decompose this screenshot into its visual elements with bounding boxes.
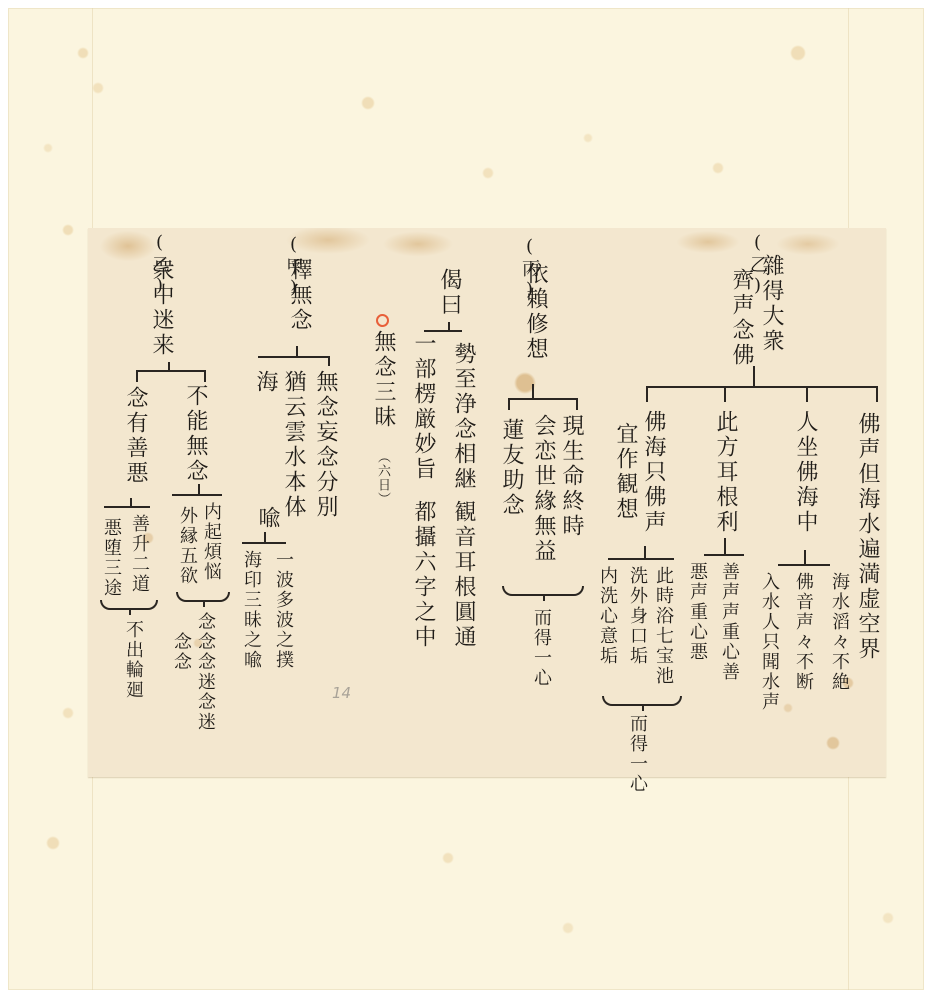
brace xyxy=(176,592,230,602)
branch-tick xyxy=(136,370,138,382)
verse-line: 勢至浄念相継 xyxy=(452,342,474,492)
sub-text: 入水人只聞水声 xyxy=(760,572,778,712)
sub-text: 善升二道 xyxy=(130,514,148,594)
branch-text: 此方耳根利 xyxy=(714,410,736,535)
branch-text: 不能無念 xyxy=(184,384,206,484)
branch-note: 宜作観想 xyxy=(614,422,636,522)
metaphor-item: 海印三昧之喩 xyxy=(242,550,260,670)
branch-text: 現生命終時 xyxy=(560,414,582,539)
branch-text: 猶云雲水本体 xyxy=(282,370,304,520)
red-circle-mark xyxy=(376,314,389,327)
metaphor-label: 喩 xyxy=(256,506,278,531)
section-note: （六日） xyxy=(376,450,389,506)
branch-tick xyxy=(806,386,808,402)
branch-tick xyxy=(724,386,726,402)
sub-text: 佛音声々不断 xyxy=(794,572,812,692)
manuscript-paper: (乙) 雜得大衆 齊声念佛 佛声但海水遍満虚空界 人坐佛海中 海水滔々不絶 佛音… xyxy=(88,228,886,777)
section-heading: 依賴修想 xyxy=(524,262,546,362)
sub-text: 悪声重心悪 xyxy=(688,562,706,662)
section-heading: 無念三昧 xyxy=(372,330,394,430)
conclusion-text: 而得一心 xyxy=(532,608,550,688)
verse-line: 一部楞厳妙旨 xyxy=(412,332,434,482)
verse-heading: 偈曰 xyxy=(438,268,460,318)
sub-text: 外縁五欲 xyxy=(178,506,196,586)
sub-text: 悪堕三途 xyxy=(102,518,120,598)
brace xyxy=(100,600,158,610)
branch-bar xyxy=(242,542,286,544)
branch-text: 海 xyxy=(254,370,276,395)
sub-text: 洗外身口垢 xyxy=(628,566,646,666)
branch-bar xyxy=(704,554,744,556)
brace xyxy=(602,696,682,706)
branch-tick xyxy=(204,370,206,382)
conclusion-text: 念念 xyxy=(172,632,190,672)
branch-text: 無念妄念分別 xyxy=(314,370,336,520)
branch-tick xyxy=(576,398,578,410)
conclusion-text: 不出輪廻 xyxy=(124,620,142,700)
verse-line: 観音耳根圓通 xyxy=(452,500,474,650)
conclusion-text: 而得一心 xyxy=(628,714,646,794)
branch-text: 佛海只佛声 xyxy=(642,410,664,535)
branch-bar xyxy=(778,564,830,566)
sub-text: 内洗心意垢 xyxy=(598,566,616,666)
branch-tick xyxy=(876,386,878,402)
branch-bar xyxy=(608,558,674,560)
metaphor-item: 一波多波之撲 xyxy=(274,550,292,670)
branch-text: 佛声但海水遍満虚空界 xyxy=(856,412,878,662)
brace xyxy=(502,586,584,596)
branch-bar xyxy=(136,370,206,372)
section-heading: 釋無念 xyxy=(288,258,310,333)
sub-text: 此時浴七宝池 xyxy=(654,566,672,686)
branch-text: 念有善悪 xyxy=(124,386,146,486)
sub-text: 海水滔々不絶 xyxy=(830,572,848,692)
branch-bar xyxy=(646,386,878,388)
conclusion-text: 念念念迷念迷 xyxy=(196,612,214,732)
verse-line: 都攝六字之中 xyxy=(412,500,434,650)
branch-bar xyxy=(258,356,330,358)
sub-text: 内起煩悩 xyxy=(202,502,220,582)
section-subheading: 齊声念佛 xyxy=(730,268,752,368)
branch-stem xyxy=(753,366,755,388)
branch-bar xyxy=(104,506,150,508)
pencil-page-number: 14 xyxy=(332,684,351,702)
section-heading: 衆中迷来 xyxy=(150,258,172,358)
branch-tick xyxy=(508,398,510,410)
branch-bar xyxy=(508,398,578,400)
branch-tick xyxy=(646,386,648,402)
branch-stem xyxy=(198,484,200,494)
branch-bar xyxy=(172,494,222,496)
branch-text: 人坐佛海中 xyxy=(794,410,816,535)
section-heading: 雜得大衆 xyxy=(760,254,782,354)
branch-tick xyxy=(328,356,330,366)
sub-text: 善声声重心善 xyxy=(720,562,738,682)
branch-text: 会恋世緣無益 xyxy=(532,414,554,564)
branch-text: 蓮友助念 xyxy=(500,418,522,518)
